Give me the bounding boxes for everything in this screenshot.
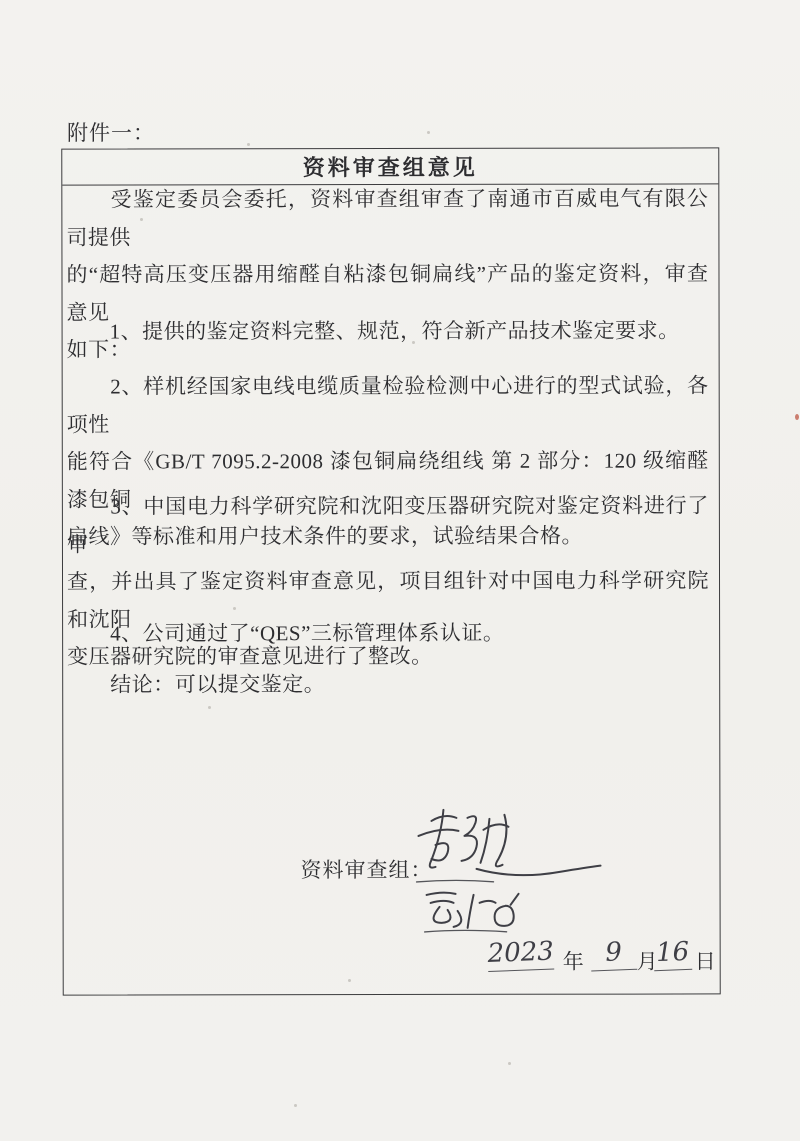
scanned-document-page: { "page": { "attachment_label": "附件一：" }… bbox=[0, 0, 800, 1141]
scan-speck bbox=[508, 1062, 511, 1065]
body-paragraph-item-4: 4、公司通过了“QES”三标管理体系认证。 bbox=[67, 614, 709, 653]
body-paragraph-conclusion: 结论：可以提交鉴定。 bbox=[67, 665, 709, 704]
scan-speck bbox=[247, 143, 250, 146]
year-unit-label: 年 bbox=[563, 946, 584, 976]
scan-speck bbox=[427, 131, 430, 134]
handwritten-day-value: 16 bbox=[653, 937, 692, 971]
day-unit-label: 日 bbox=[695, 945, 716, 975]
scan-speck bbox=[348, 979, 351, 982]
handwritten-month-value: 9 bbox=[590, 937, 637, 972]
scan-speck bbox=[700, 268, 703, 271]
handwritten-signature-2 bbox=[425, 892, 519, 931]
scan-speck bbox=[208, 706, 211, 709]
attachment-label: 附件一： bbox=[67, 117, 155, 147]
body-paragraph-item-1: 1、提供的鉴定资料完整、规范，符合新产品技术鉴定要求。 bbox=[67, 312, 709, 351]
review-opinion-box: 资料审查组意见 受鉴定委员会委托，资料审查组审查了南通市百威电气有限公司提供 的… bbox=[61, 147, 720, 995]
scan-speck bbox=[233, 607, 236, 610]
handwritten-signature-1 bbox=[416, 810, 600, 882]
handwritten-signatures bbox=[400, 806, 620, 938]
red-ink-speck bbox=[795, 414, 799, 420]
scan-speck bbox=[294, 1104, 297, 1107]
handwritten-year-value: 2023 bbox=[487, 937, 554, 972]
scan-speck bbox=[140, 218, 143, 221]
scan-speck bbox=[412, 341, 415, 344]
